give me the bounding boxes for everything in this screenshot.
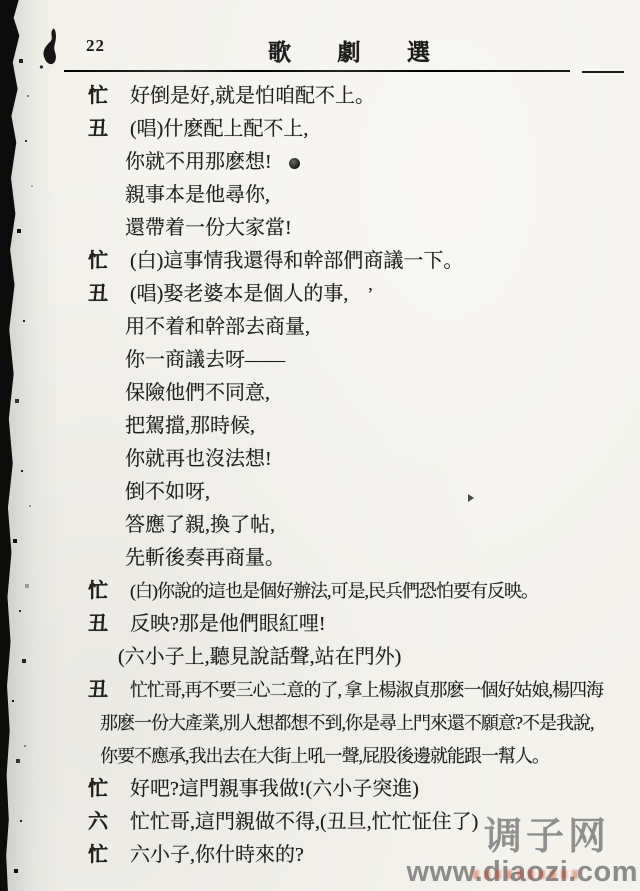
script-line: 你要不應承,我出去在大街上吼一聲,屁股後邊就能跟一幫人。 <box>0 740 640 773</box>
speaker-label: 丑 <box>88 674 125 707</box>
stray-quote-mark: ’ <box>367 284 373 304</box>
line-text: 那麽一份大產業,別人想都想不到,你是尋上門來還不願意?不是我說, <box>100 713 594 733</box>
scan-noise-specks <box>0 0 2 2</box>
script-line: 你就再也沒法想! <box>0 443 640 476</box>
script-line: 丑 (唱)娶老婆本是個人的事, ’ <box>0 278 640 311</box>
script-line: 忙 (白)這事情我還得和幹部們商議一下。 <box>0 245 640 278</box>
speaker-label: 忙 <box>88 839 125 872</box>
speaker-label: 六 <box>88 806 125 839</box>
speaker-label: 丑 <box>88 113 125 146</box>
ink-blot-mark <box>33 24 67 73</box>
script-line: 你一商議去呀—— <box>0 344 640 377</box>
title-char: 選 <box>407 34 430 67</box>
script-line: 丑 忙忙哥,再不要三心二意的了, 拿上楊淑貞那麽一個好姑娘,楊四海 <box>0 674 640 707</box>
watermark: 调子网 www.diaozi.com <box>406 818 638 887</box>
speaker-label: 丑 <box>88 608 125 641</box>
line-text: 好倒是好,就是怕咱配不上。 <box>130 85 375 107</box>
script-line: 親事本是他尋你, <box>0 179 640 212</box>
line-text: 忙忙哥,再不要三心二意的了, 拿上楊淑貞那麽一個好姑娘,楊四海 <box>130 680 603 700</box>
line-text: 答應了親,換了帖, <box>125 514 275 536</box>
watermark-site-name: 调子网 <box>406 818 610 856</box>
script-line: 你就不用那麽想! <box>0 146 640 179</box>
watermark-red-smudge <box>473 870 583 879</box>
speaker-label: 丑 <box>88 278 125 311</box>
script-line: 先斬後奏再商量。 <box>0 542 640 575</box>
page-number: 22 <box>86 36 105 56</box>
script-line: 還帶着一份大家當! <box>0 212 640 245</box>
line-text: 你一商議去呀—— <box>125 349 285 371</box>
speaker-label: 忙 <box>88 575 125 608</box>
speaker-label: 忙 <box>88 773 125 806</box>
speaker-label: 忙 <box>88 80 125 113</box>
line-text: 先斬後奏再商量。 <box>125 547 285 569</box>
script-line: 丑 (唱)什麽配上配不上, <box>0 113 640 146</box>
line-text: 親事本是他尋你, <box>125 184 270 206</box>
line-text: 你就再也沒法想! <box>125 448 272 470</box>
page-title: 歌 劇 選 <box>268 34 430 67</box>
line-text: 反映?那是他們眼紅哩! <box>130 613 326 635</box>
script-line: 忙 (白)你說的這也是個好辦法,可是,民兵們恐怕要有反映。 <box>0 575 640 608</box>
script-line: 忙 好吧?這門親事我做!(六小子突進) <box>0 773 640 806</box>
line-text: 六小子,你什時來的? <box>130 844 304 866</box>
script-line: 用不着和幹部去商量, <box>0 311 640 344</box>
line-text: (白)這事情我還得和幹部們商議一下。 <box>130 250 463 272</box>
line-text: 你就不用那麽想! <box>125 151 272 173</box>
line-text: 倒不如呀, <box>125 481 210 503</box>
script-line: 倒不如呀, <box>0 476 640 509</box>
script-line: 那麽一份大產業,別人想都想不到,你是尋上門來還不願意?不是我說, <box>0 707 640 740</box>
line-text: (白)你說的這也是個好辦法,可是,民兵們恐怕要有反映。 <box>130 581 538 601</box>
speaker-label: 忙 <box>88 245 125 278</box>
line-text: (唱)什麽配上配不上, <box>130 118 308 140</box>
ink-circle-mark <box>289 158 300 169</box>
script-line: (六小子上,聽見說話聲,站在門外) <box>0 641 640 674</box>
header-rule <box>64 70 570 72</box>
script-line: 丑 反映?那是他們眼紅哩! <box>0 608 640 641</box>
script-line: 忙 好倒是好,就是怕咱配不上。 <box>0 80 640 113</box>
script-body: 忙 好倒是好,就是怕咱配不上。 丑 (唱)什麽配上配不上, 你就不用那麽想! 親… <box>0 80 640 872</box>
scanned-script-page: 22 歌 劇 選 忙 好倒是好,就是怕咱配不上。 丑 (唱)什麽配上配不上, 你… <box>0 0 640 891</box>
script-line: 把駕擋,那時候, <box>0 410 640 443</box>
title-char: 劇 <box>338 34 361 67</box>
line-text: 好吧?這門親事我做!(六小子突進) <box>130 778 419 800</box>
script-line: 答應了親,換了帖, <box>0 509 640 542</box>
scan-artifact-caret <box>468 494 474 502</box>
line-text: 你要不應承,我出去在大街上吼一聲,屁股後邊就能跟一幫人。 <box>100 746 549 766</box>
script-line: 保險他們不同意, <box>0 377 640 410</box>
line-text: 保險他們不同意, <box>125 382 270 404</box>
line-text: 還帶着一份大家當! <box>125 217 292 239</box>
line-text: (唱)娶老婆本是個人的事, <box>130 283 348 305</box>
line-text: (六小子上,聽見說話聲,站在門外) <box>118 646 401 668</box>
line-text: 用不着和幹部去商量, <box>125 316 310 338</box>
title-char: 歌 <box>268 34 291 67</box>
header-rule-dash <box>582 71 624 73</box>
line-text: 把駕擋,那時候, <box>125 415 255 437</box>
